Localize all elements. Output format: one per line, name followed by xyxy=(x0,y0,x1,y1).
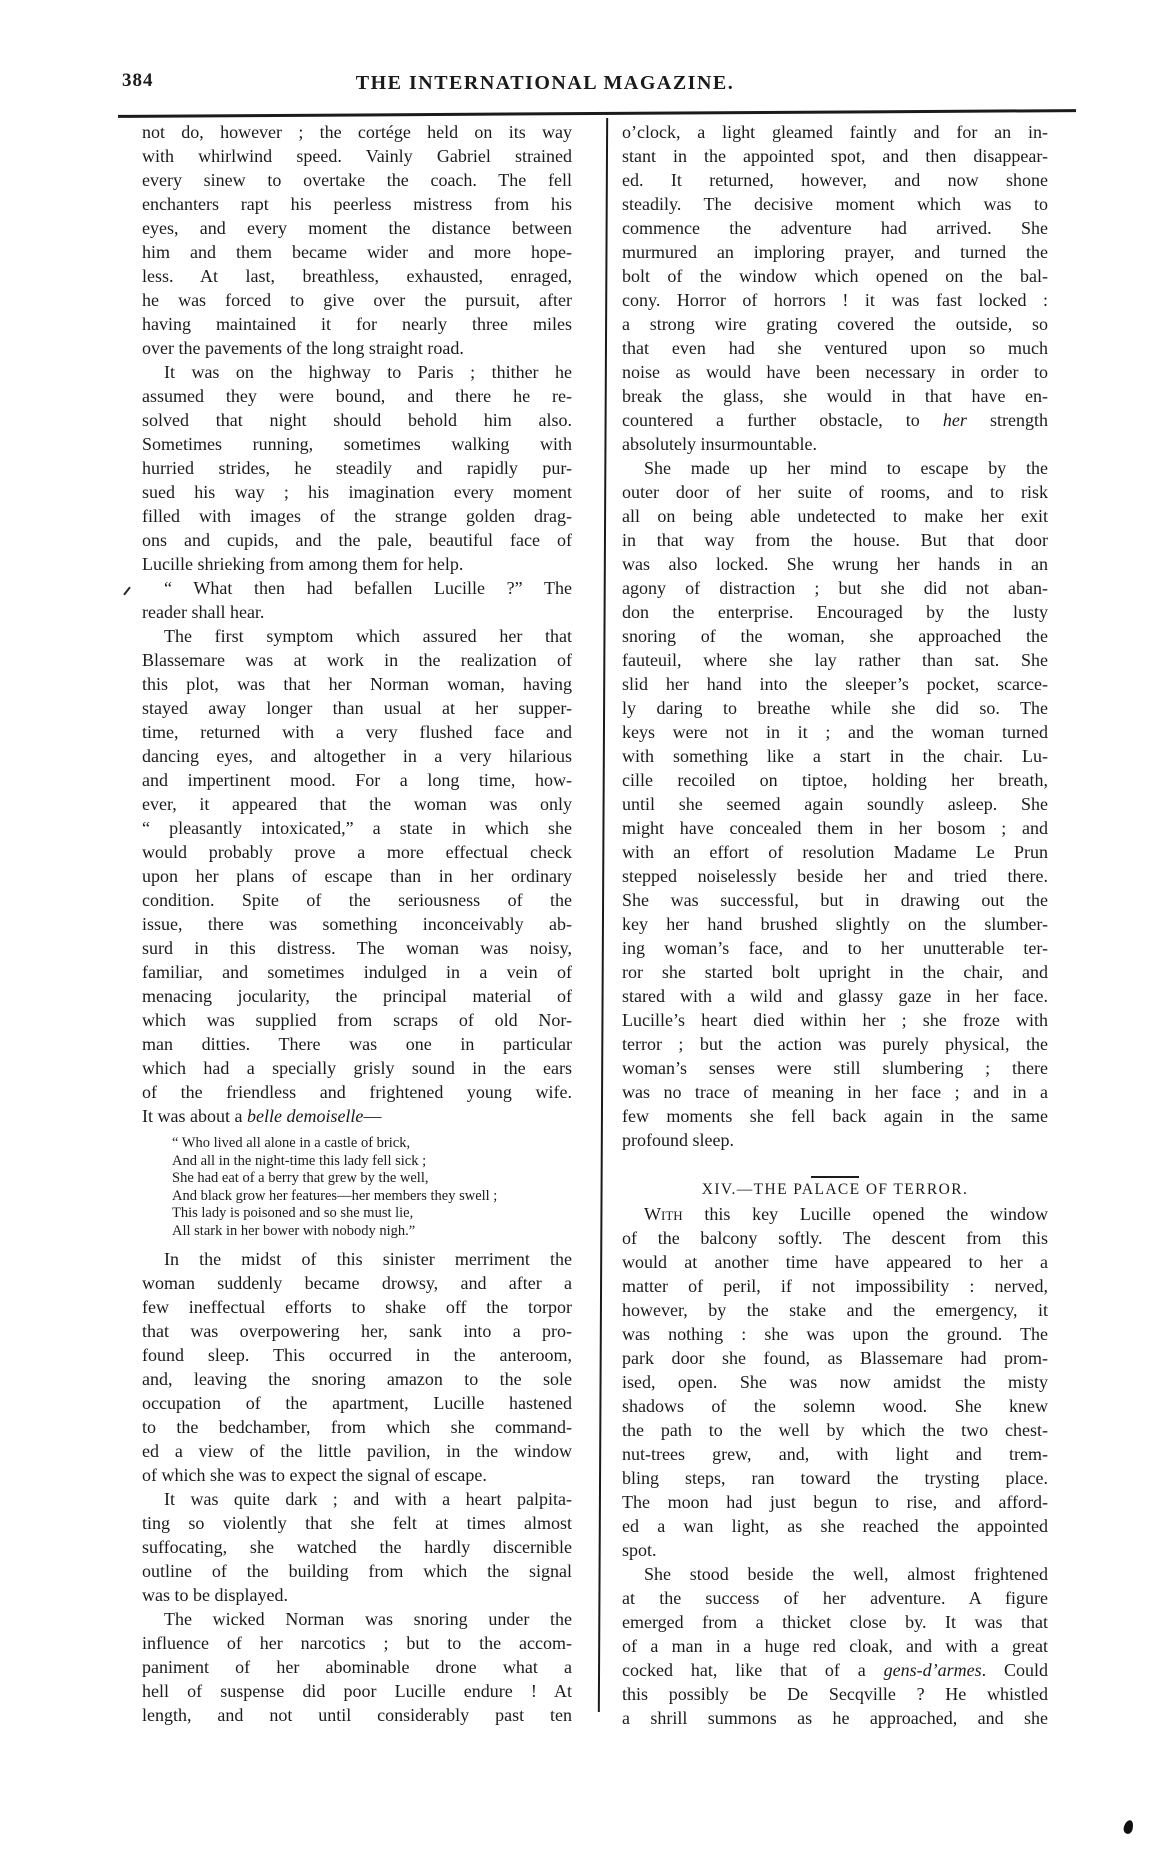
text-line: Lucille shrieking from among them for he… xyxy=(142,552,572,576)
text-line: hurried strides, he steadily and rapidly… xyxy=(142,456,572,480)
text-line: all on being able undetected to make her… xyxy=(622,504,1048,528)
left-column: not do, however ; the cortége held on it… xyxy=(142,120,572,1727)
verse-line: This lady is poisoned and so she must li… xyxy=(172,1205,572,1223)
text-line: hell of suspense did poor Lucille endure… xyxy=(142,1679,572,1703)
text-line: issue, there was something inconceivably… xyxy=(142,912,572,936)
text-line: few ineffectual efforts to shake off the… xyxy=(142,1295,572,1319)
section-divider xyxy=(622,1163,1048,1171)
text-line: spot. xyxy=(622,1538,1048,1562)
verse-line: And all in the night-time this lady fell… xyxy=(172,1153,572,1171)
text-line: ons and cupids, and the pale, beautiful … xyxy=(142,528,572,552)
text-line: was also locked. She wrung her hands in … xyxy=(622,552,1048,576)
text-line: of the friendless and frightened young w… xyxy=(142,1080,572,1104)
paragraph: It was on the highway to Paris ; thither… xyxy=(142,360,572,576)
text-line: ting so violently that she felt at times… xyxy=(142,1511,572,1535)
text-line: sued his way ; his imagination every mom… xyxy=(142,480,572,504)
text-line: filled with images of the strange golden… xyxy=(142,504,572,528)
text-line: o’clock, a light gleamed faintly and for… xyxy=(622,120,1048,144)
text-line: matter of peril, if not impossibility : … xyxy=(622,1274,1048,1298)
text-line: of which she was to expect the signal of… xyxy=(142,1463,572,1487)
text-line: Blassemare was at work in the realizatio… xyxy=(142,648,572,672)
text-line: suffocating, she watched the hardly disc… xyxy=(142,1535,572,1559)
text-line: slid her hand into the sleeper’s pocket,… xyxy=(622,672,1048,696)
text-line: man ditties. There was one in particular xyxy=(142,1032,572,1056)
text-line: that even had she ventured upon so much xyxy=(622,336,1048,360)
text-line: ised, open. She was now amidst the misty xyxy=(622,1370,1048,1394)
text-line: at the success of her adventure. A figur… xyxy=(622,1586,1048,1610)
paragraph: With this key Lucille opened the windowo… xyxy=(622,1202,1048,1562)
text-line: dancing eyes, and altogether in a very h… xyxy=(142,744,572,768)
text-line: paniment of her abominable drone what a xyxy=(142,1655,572,1679)
text-line: occupation of the apartment, Lucille has… xyxy=(142,1391,572,1415)
verse-line: And black grow her features—her members … xyxy=(172,1188,572,1206)
text-line: cony. Horror of horrors ! it was fast lo… xyxy=(622,288,1048,312)
text-line: ed a wan light, as she reached the appoi… xyxy=(622,1514,1048,1538)
paragraph: She made up her mind to escape by theout… xyxy=(622,456,1048,1152)
text-line: until she seemed again soundly asleep. S… xyxy=(622,792,1048,816)
text-line: It was on the highway to Paris ; thither… xyxy=(142,360,572,384)
text-line: few moments she fell back again in the s… xyxy=(622,1104,1048,1128)
verse-line: She had eat of a berry that grew by the … xyxy=(172,1170,572,1188)
text-line: solved that night should behold him also… xyxy=(142,408,572,432)
text-line: stant in the appointed spot, and then di… xyxy=(622,144,1048,168)
text-line: which was supplied from scraps of old No… xyxy=(142,1008,572,1032)
text-line: influence of her narcotics ; but to the … xyxy=(142,1631,572,1655)
text-line: over the pavements of the long straight … xyxy=(142,336,572,360)
text-line: Sometimes running, sometimes walking wit… xyxy=(142,432,572,456)
header-rule xyxy=(118,109,1076,118)
text-line: of a man in a huge red cloak, and with a… xyxy=(622,1634,1048,1658)
text-line: found sleep. This occurred in the antero… xyxy=(142,1343,572,1367)
text-line: outline of the building from which the s… xyxy=(142,1559,572,1583)
verse-line: “ Who lived all alone in a castle of bri… xyxy=(172,1135,572,1153)
text-line: was to be displayed. xyxy=(142,1583,572,1607)
text-line: fauteuil, where she lay rather than sat.… xyxy=(622,648,1048,672)
text-line: was nothing : she was upon the ground. T… xyxy=(622,1322,1048,1346)
text-line: was no trace of meaning in her face ; an… xyxy=(622,1080,1048,1104)
text-line: with something like a start in the chair… xyxy=(622,744,1048,768)
text-line: noise as would have been necessary in or… xyxy=(622,360,1048,384)
right-column: o’clock, a light gleamed faintly and for… xyxy=(622,120,1048,1730)
text-line: woman suddenly became drowsy, and after … xyxy=(142,1271,572,1295)
paragraph: “ What then had befallen Lucille ?” Ther… xyxy=(142,576,572,624)
text-line: a shrill summons as he approached, and s… xyxy=(622,1706,1048,1730)
text-line: him and them became wider and more hope- xyxy=(142,240,572,264)
text-line: It was quite dark ; and with a heart pal… xyxy=(142,1487,572,1511)
text-line: The wicked Norman was snoring under the xyxy=(142,1607,572,1631)
text-line: “ What then had befallen Lucille ?” The xyxy=(142,576,572,600)
text-line: that was overpowering her, sank into a p… xyxy=(142,1319,572,1343)
masthead-title: THE INTERNATIONAL MAGAZINE. xyxy=(0,72,1090,95)
text-line: bolt of the window which opened on the b… xyxy=(622,264,1048,288)
text-line: outer door of her suite of rooms, and to… xyxy=(622,480,1048,504)
text-line: and impertinent mood. For a long time, h… xyxy=(142,768,572,792)
text-line: nut-trees grew, and, with light and trem… xyxy=(622,1442,1048,1466)
text-line: ror she started bolt upright in the chai… xyxy=(622,960,1048,984)
text-line: familiar, and sometimes indulged in a ve… xyxy=(142,960,572,984)
text-line: enchanters rapt his peerless mistress fr… xyxy=(142,192,572,216)
text-line: don the enterprise. Encouraged by the lu… xyxy=(622,600,1048,624)
column-divider-rule xyxy=(598,118,608,1712)
text-line: stayed away longer than usual at her sup… xyxy=(142,696,572,720)
text-line: reader shall hear. xyxy=(142,600,572,624)
text-line: might have concealed them in her bosom ;… xyxy=(622,816,1048,840)
text-line: time, returned with a very flushed face … xyxy=(142,720,572,744)
text-line: She made up her mind to escape by the xyxy=(622,456,1048,480)
verse-line: All stark in her bower with nobody nigh.… xyxy=(172,1223,572,1241)
text-line: condition. Spite of the seriousness of t… xyxy=(142,888,572,912)
text-line: stepped noiselessly beside her and tried… xyxy=(622,864,1048,888)
text-line: The moon had just begun to rise, and aff… xyxy=(622,1490,1048,1514)
text-line: The first symptom which assured her that xyxy=(142,624,572,648)
text-line: In the midst of this sinister merriment … xyxy=(142,1247,572,1271)
text-line: this plot, was that her Norman woman, ha… xyxy=(142,672,572,696)
text-line: assumed they were bound, and there he re… xyxy=(142,384,572,408)
text-line: bling steps, ran toward the trysting pla… xyxy=(622,1466,1048,1490)
text-line: having maintained it for nearly three mi… xyxy=(142,312,572,336)
text-line: the path to the well by which the two ch… xyxy=(622,1418,1048,1442)
stray-ink-mark xyxy=(123,586,131,595)
text-line: every sinew to overtake the coach. The f… xyxy=(142,168,572,192)
paragraph: The wicked Norman was snoring under thei… xyxy=(142,1607,572,1727)
text-line: with an effort of resolution Madame Le P… xyxy=(622,840,1048,864)
text-line: he was forced to give over the pursuit, … xyxy=(142,288,572,312)
text-line: stared with a wild and glassy gaze in he… xyxy=(622,984,1048,1008)
text-line: ed. It returned, however, and now shone xyxy=(622,168,1048,192)
text-line: with whirlwind speed. Vainly Gabriel str… xyxy=(142,144,572,168)
text-line: She stood beside the well, almost fright… xyxy=(622,1562,1048,1586)
text-line: which had a specially grisly sound in th… xyxy=(142,1056,572,1080)
text-line: absolutely insurmountable. xyxy=(622,432,1048,456)
text-line: ing woman’s face, and to her unutterable… xyxy=(622,936,1048,960)
text-line: would probably prove a more effectual ch… xyxy=(142,840,572,864)
text-line: commence the adventure had arrived. She xyxy=(622,216,1048,240)
magazine-page: 384 THE INTERNATIONAL MAGAZINE. not do, … xyxy=(0,0,1176,1850)
text-line: cille recoiled on tiptoe, holding her br… xyxy=(622,768,1048,792)
text-line: this possibly be De Secqville ? He whist… xyxy=(622,1682,1048,1706)
text-line: eyes, and every moment the distance betw… xyxy=(142,216,572,240)
text-line: ed a view of the little pavilion, in the… xyxy=(142,1439,572,1463)
text-line: less. At last, breathless, exhausted, en… xyxy=(142,264,572,288)
text-line: profound sleep. xyxy=(622,1128,1048,1152)
text-line: murmured an imploring prayer, and turned… xyxy=(622,240,1048,264)
text-line: “ pleasantly intoxicated,” a state in wh… xyxy=(142,816,572,840)
text-line: terror ; but the action was purely physi… xyxy=(622,1032,1048,1056)
text-line: agony of distraction ; but she did not a… xyxy=(622,576,1048,600)
paragraph: She stood beside the well, almost fright… xyxy=(622,1562,1048,1730)
text-line: cocked hat, like that of a gens-d’armes.… xyxy=(622,1658,1048,1682)
text-line: woman’s senses were still slumbering ; t… xyxy=(622,1056,1048,1080)
text-line: break the glass, she would in that have … xyxy=(622,384,1048,408)
text-line: surd in this distress. The woman was noi… xyxy=(142,936,572,960)
text-line: and, leaving the snoring amazon to the s… xyxy=(142,1367,572,1391)
text-line: park door she found, as Blassemare had p… xyxy=(622,1346,1048,1370)
text-line: It was about a belle demoiselle— xyxy=(142,1104,572,1128)
text-line: steadily. The decisive moment which was … xyxy=(622,192,1048,216)
text-line: ly daring to breathe while she did so. T… xyxy=(622,696,1048,720)
text-line: however, by the stake and the emergency,… xyxy=(622,1298,1048,1322)
text-line: emerged from a thicket close by. It was … xyxy=(622,1610,1048,1634)
paragraph: In the midst of this sinister merriment … xyxy=(142,1247,572,1487)
text-line: upon her plans of escape than in her ord… xyxy=(142,864,572,888)
ink-spot-artifact xyxy=(1122,1819,1134,1835)
text-line: keys were not in it ; and the woman turn… xyxy=(622,720,1048,744)
paragraph: The first symptom which assured her that… xyxy=(142,624,572,1128)
text-line: ever, it appeared that the woman was onl… xyxy=(142,792,572,816)
text-line: Lucille’s heart died within her ; she fr… xyxy=(622,1008,1048,1032)
text-line: shadows of the solemn wood. She knew xyxy=(622,1394,1048,1418)
text-line: snoring of the woman, she approached the xyxy=(622,624,1048,648)
text-line: With this key Lucille opened the window xyxy=(622,1202,1048,1226)
paragraph: not do, however ; the cortége held on it… xyxy=(142,120,572,360)
text-line: She was successful, but in drawing out t… xyxy=(622,888,1048,912)
text-line: would at another time have appeared to h… xyxy=(622,1250,1048,1274)
text-line: key her hand brushed slightly on the slu… xyxy=(622,912,1048,936)
text-line: not do, however ; the cortége held on it… xyxy=(142,120,572,144)
paragraph: It was quite dark ; and with a heart pal… xyxy=(142,1487,572,1607)
text-line: menacing jocularity, the principal mater… xyxy=(142,984,572,1008)
text-line: in that way from the house. But that doo… xyxy=(622,528,1048,552)
verse-block: “ Who lived all alone in a castle of bri… xyxy=(172,1135,572,1240)
text-line: length, and not until considerably past … xyxy=(142,1703,572,1727)
paragraph: o’clock, a light gleamed faintly and for… xyxy=(622,120,1048,456)
text-line: a strong wire grating covered the outsid… xyxy=(622,312,1048,336)
text-line: countered a further obstacle, to her str… xyxy=(622,408,1048,432)
text-line: to the bedchamber, from which she comman… xyxy=(142,1415,572,1439)
text-line: of the balcony softly. The descent from … xyxy=(622,1226,1048,1250)
section-heading: XIV.—THE PALACE OF TERROR. xyxy=(622,1178,1048,1202)
